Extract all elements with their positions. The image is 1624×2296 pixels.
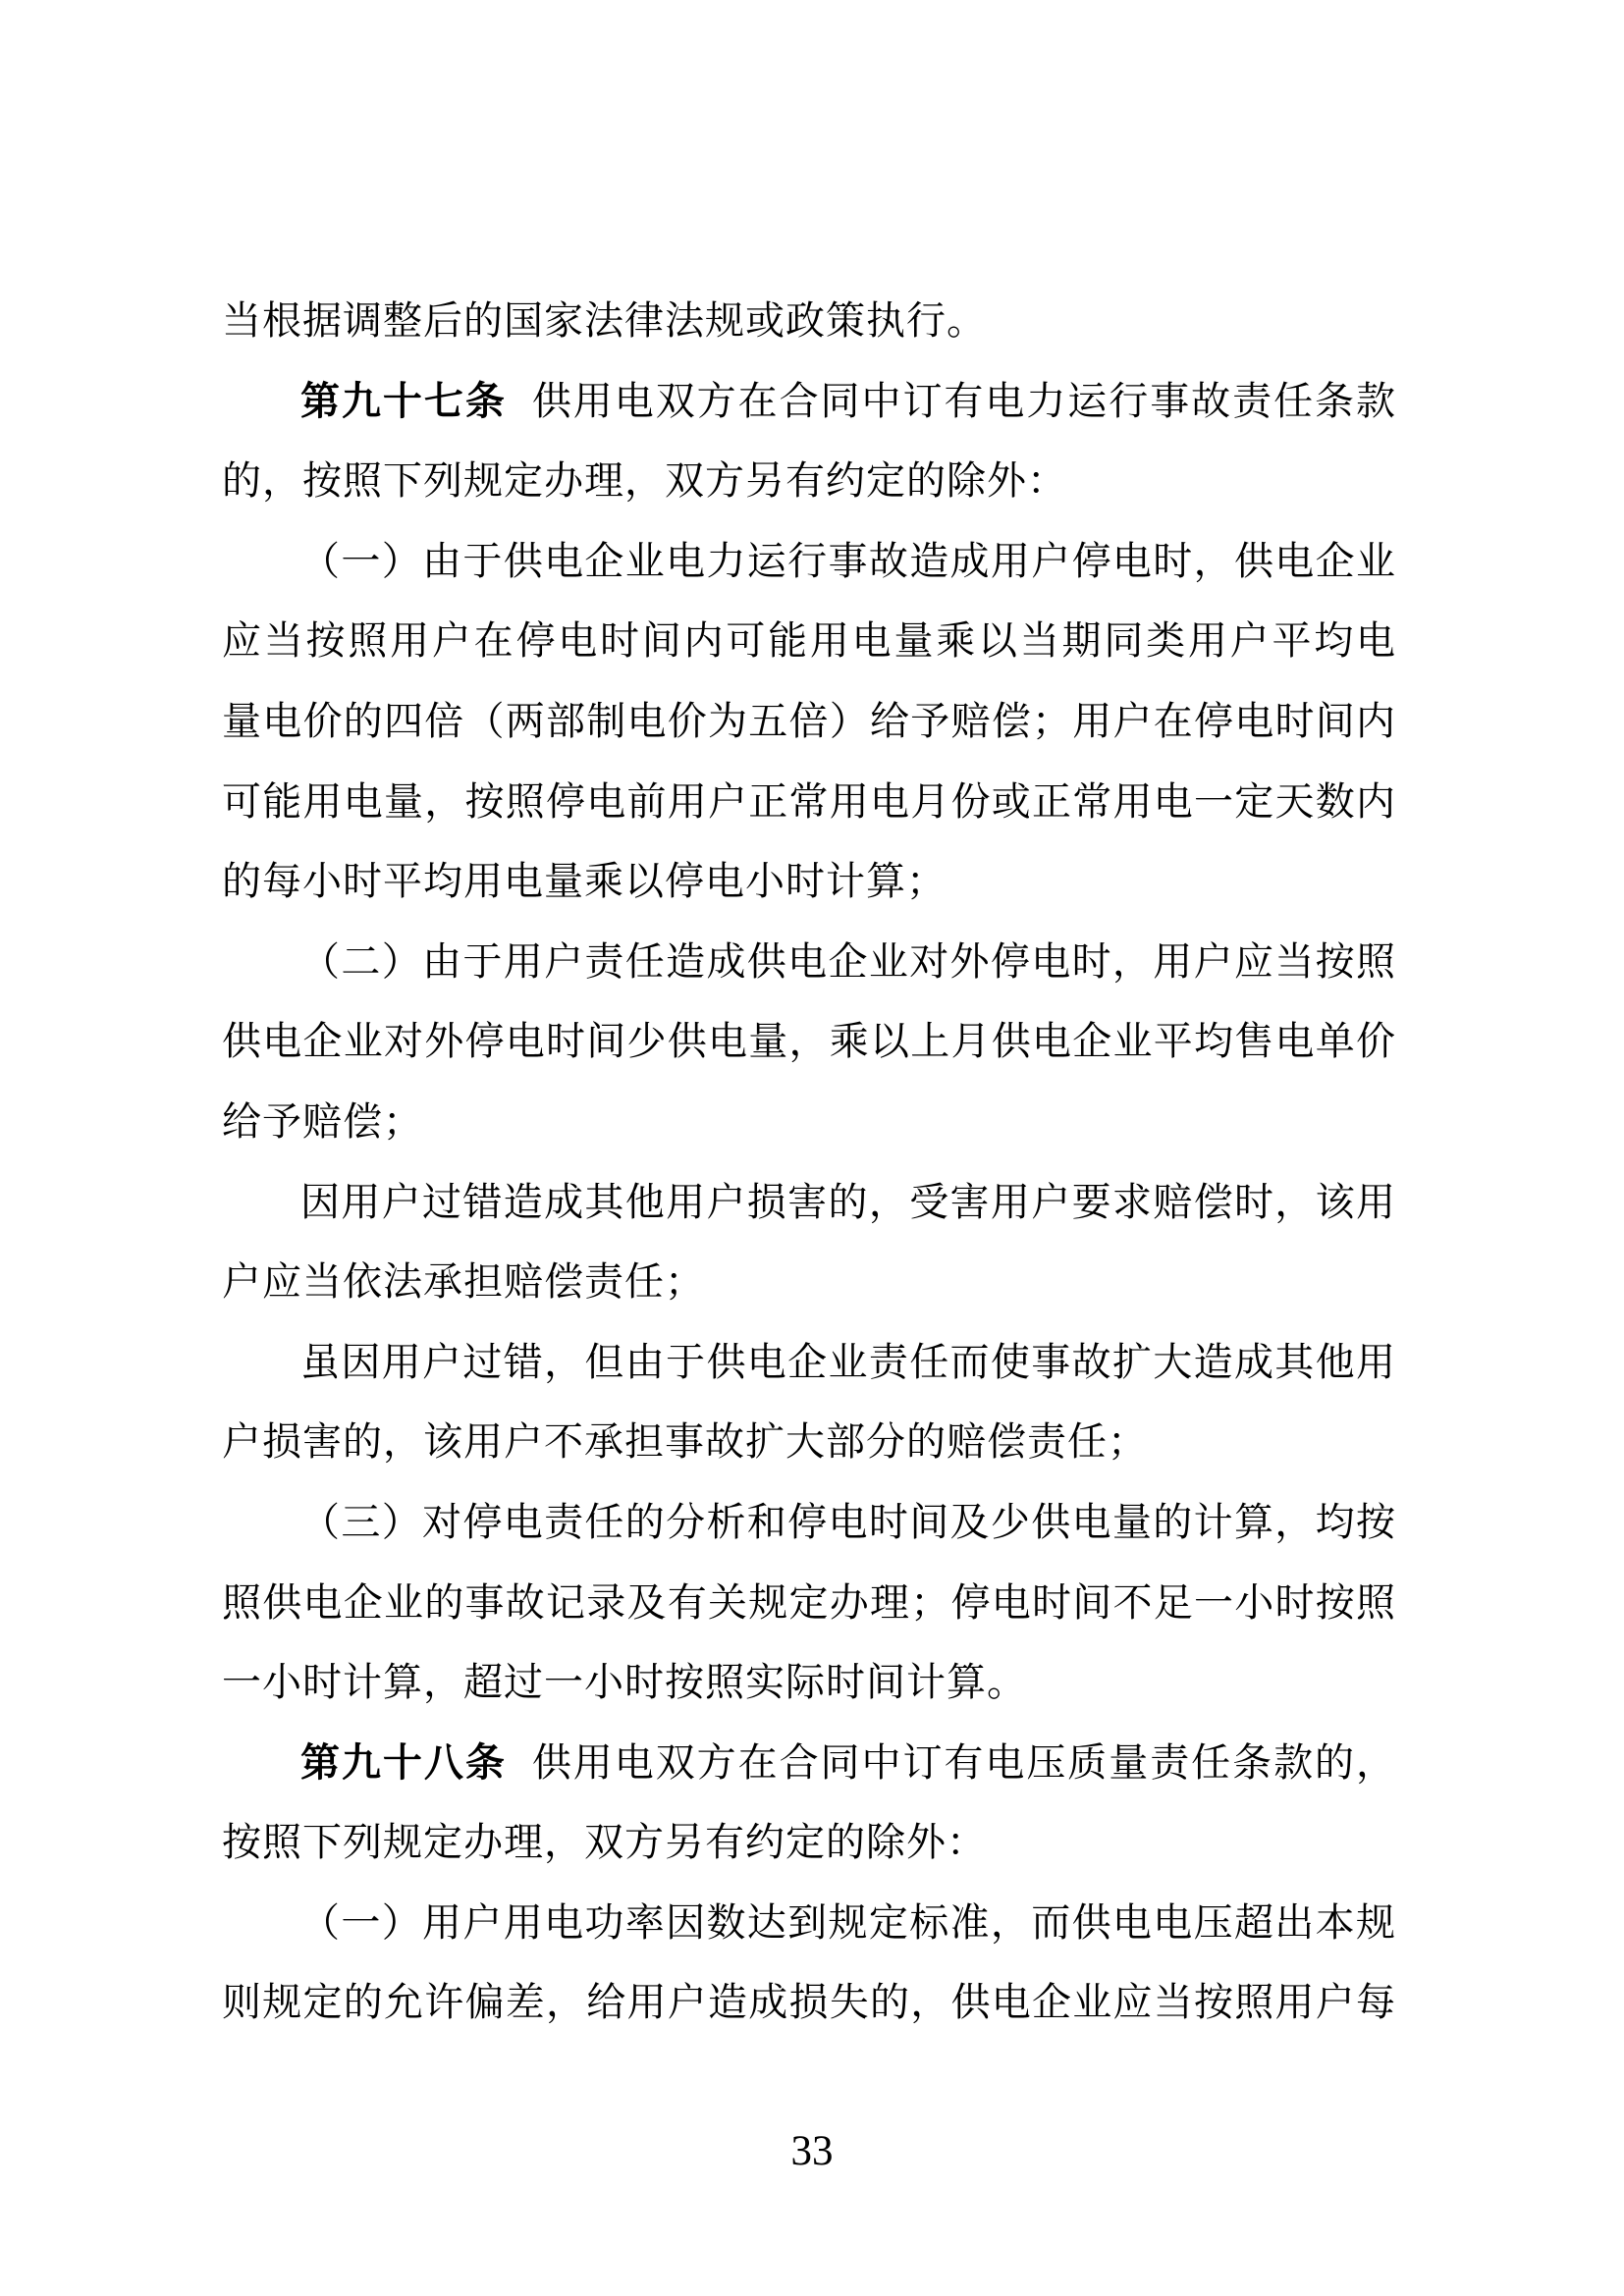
line-text: 给予赔偿； bbox=[222, 1099, 423, 1144]
line-text: 户损害的，该用户不承担事故扩大部分的赔偿责任； bbox=[222, 1419, 1148, 1464]
line-text: 按照下列规定办理，双方另有约定的除外： bbox=[222, 1820, 987, 1864]
line-text: 照供电企业的事故记录及有关规定办理；停电时间不足一小时按照 bbox=[222, 1580, 1396, 1625]
text-line: 户损害的，该用户不承担事故扩大部分的赔偿责任； bbox=[222, 1402, 1396, 1482]
line-text: 的每小时平均用电量乘以停电小时计算； bbox=[222, 859, 947, 903]
text-line: 则规定的允许偏差，给用户造成损失的，供电企业应当按照用户每 bbox=[222, 1962, 1396, 2043]
line-text: 供用电双方在合同中订有电压质量责任条款的， bbox=[532, 1740, 1396, 1785]
text-line: 一小时计算，超过一小时按照实际时间计算。 bbox=[222, 1642, 1396, 1723]
text-line: 当根据调整后的国家法律法规或政策执行。 bbox=[222, 281, 1396, 361]
line-text: 一小时计算，超过一小时按照实际时间计算。 bbox=[222, 1660, 1027, 1704]
text-line: 第九十八条供用电双方在合同中订有电压质量责任条款的， bbox=[222, 1723, 1396, 1803]
text-line: （一）用户用电功率因数达到规定标准，而供电电压超出本规 bbox=[222, 1883, 1396, 1963]
line-text: 量电价的四倍（两部制电价为五倍）给予赔偿；用户在停电时间内 bbox=[222, 699, 1396, 743]
text-line: 的每小时平均用电量乘以停电小时计算； bbox=[222, 841, 1396, 922]
text-line: （一）由于供电企业电力运行事故造成用户停电时，供电企业 bbox=[222, 521, 1396, 602]
line-text: 当根据调整后的国家法律法规或政策执行。 bbox=[222, 298, 987, 343]
line-text: 虽因用户过错，但由于供电企业责任而使事故扩大造成其他用 bbox=[300, 1340, 1396, 1384]
text-block: 当根据调整后的国家法律法规或政策执行。 第九十七条供用电双方在合同中订有电力运行… bbox=[222, 281, 1396, 2043]
line-text: 户应当依法承担赔偿责任； bbox=[222, 1259, 705, 1304]
line-text: 因用户过错造成其他用户损害的，受害用户要求赔偿时，该用 bbox=[300, 1180, 1396, 1224]
text-line: 虽因用户过错，但由于供电企业责任而使事故扩大造成其他用 bbox=[222, 1322, 1396, 1403]
page-number: 33 bbox=[0, 2122, 1624, 2181]
article-number-bold: 第九十七条 bbox=[300, 379, 507, 423]
text-line: （三）对停电责任的分析和停电时间及少供电量的计算，均按 bbox=[222, 1482, 1396, 1563]
line-text: 应当按照用户在停电时间内可能用电量乘以当期同类用户平均电 bbox=[222, 618, 1396, 663]
text-line: 照供电企业的事故记录及有关规定办理；停电时间不足一小时按照 bbox=[222, 1563, 1396, 1643]
line-text: 的，按照下列规定办理，双方另有约定的除外： bbox=[222, 458, 1067, 503]
line-text: 供电企业对外停电时间少供电量，乘以上月供电企业平均售电单价 bbox=[222, 1019, 1396, 1063]
text-line: 的，按照下列规定办理，双方另有约定的除外： bbox=[222, 441, 1396, 521]
text-line: 给予赔偿； bbox=[222, 1082, 1396, 1162]
text-line: 户应当依法承担赔偿责任； bbox=[222, 1242, 1396, 1322]
line-text: （一）用户用电功率因数达到规定标准，而供电电压超出本规 bbox=[300, 1900, 1396, 1945]
article-number-bold: 第九十八条 bbox=[300, 1740, 507, 1785]
line-text: 可能用电量，按照停电前用户正常用电月份或正常用电一定天数内 bbox=[222, 779, 1396, 824]
line-text: 供用电双方在合同中订有电力运行事故责任条款 bbox=[532, 379, 1396, 423]
text-line: （二）由于用户责任造成供电企业对外停电时，用户应当按照 bbox=[222, 922, 1396, 1002]
text-line: 应当按照用户在停电时间内可能用电量乘以当期同类用户平均电 bbox=[222, 601, 1396, 681]
text-line: 第九十七条供用电双方在合同中订有电力运行事故责任条款 bbox=[222, 361, 1396, 442]
text-line: 按照下列规定办理，双方另有约定的除外： bbox=[222, 1802, 1396, 1883]
text-line: 量电价的四倍（两部制电价为五倍）给予赔偿；用户在停电时间内 bbox=[222, 681, 1396, 762]
line-text: 则规定的允许偏差，给用户造成损失的，供电企业应当按照用户每 bbox=[222, 1980, 1396, 2024]
text-line: 因用户过错造成其他用户损害的，受害用户要求赔偿时，该用 bbox=[222, 1162, 1396, 1243]
line-text: （三）对停电责任的分析和停电时间及少供电量的计算，均按 bbox=[300, 1500, 1396, 1544]
text-line: 可能用电量，按照停电前用户正常用电月份或正常用电一定天数内 bbox=[222, 762, 1396, 842]
document-page: 当根据调整后的国家法律法规或政策执行。 第九十七条供用电双方在合同中订有电力运行… bbox=[0, 0, 1624, 2296]
line-text: （二）由于用户责任造成供电企业对外停电时，用户应当按照 bbox=[300, 939, 1396, 984]
line-text: （一）由于供电企业电力运行事故造成用户停电时，供电企业 bbox=[300, 539, 1396, 583]
text-line: 供电企业对外停电时间少供电量，乘以上月供电企业平均售电单价 bbox=[222, 1001, 1396, 1082]
